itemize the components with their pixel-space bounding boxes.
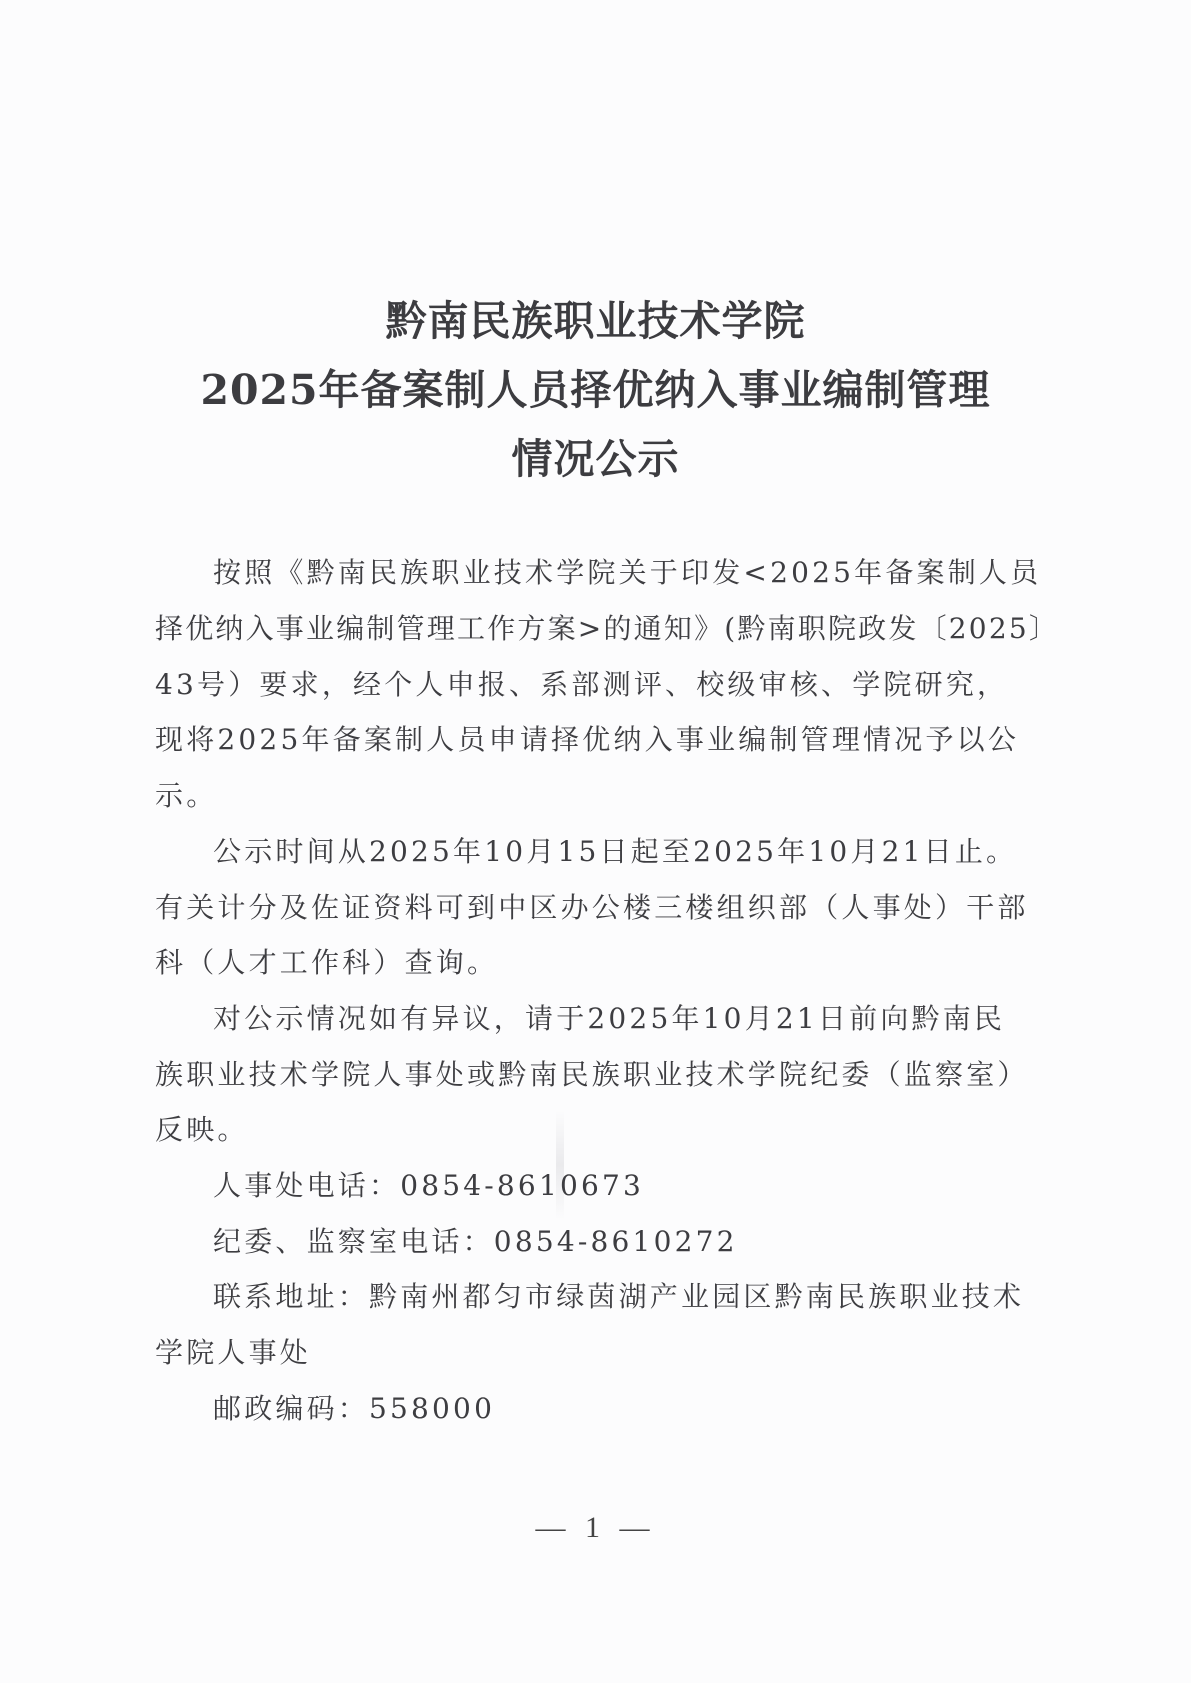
- body-line: 反映。: [155, 1110, 249, 1150]
- document-page: 黔南民族职业技术学院 2025年备案制人员择优纳入事业编制管理 情况公示 按照《…: [0, 0, 1191, 1683]
- title-line-type: 情况公示: [0, 433, 1191, 485]
- body-line: 43号）要求，经个人申报、系部测评、校级审核、学院研究，: [155, 665, 1008, 705]
- body-line: 示。: [155, 776, 217, 816]
- title-line-institution: 黔南民族职业技术学院: [0, 295, 1191, 347]
- title-line-subject: 2025年备案制人员择优纳入事业编制管理: [0, 364, 1191, 416]
- discipline-phone-line: 纪委、监察室电话：0854-8610272: [213, 1222, 738, 1262]
- body-line: 择优纳入事业编制管理工作方案>的通知》(黔南职院政发〔2025〕: [155, 609, 1059, 649]
- address-line: 联系地址：黔南州都匀市绿茵湖产业园区黔南民族职业技术: [213, 1277, 1024, 1317]
- body-line: 现将2025年备案制人员申请择优纳入事业编制管理情况予以公: [155, 720, 1019, 760]
- body-line: 按照《黔南民族职业技术学院关于印发<2025年备案制人员: [213, 553, 1041, 593]
- body-line: 科（人才工作科）查询。: [155, 943, 498, 983]
- page-number: — 1 —: [0, 1508, 1191, 1548]
- body-line: 有关计分及佐证资料可到中区办公楼三楼组织部（人事处）干部: [155, 888, 1029, 928]
- publicity-period-line: 公示时间从2025年10月15日起至2025年10月21日止。: [213, 832, 1017, 872]
- objection-line: 对公示情况如有异议，请于2025年10月21日前向黔南民: [213, 999, 1005, 1039]
- hr-phone-line: 人事处电话：0854-8610673: [213, 1166, 644, 1206]
- body-line: 族职业技术学院人事处或黔南民族职业技术学院纪委（监察室）: [155, 1055, 1029, 1095]
- postcode-line: 邮政编码：558000: [213, 1389, 495, 1429]
- address-line-continued: 学院人事处: [155, 1333, 311, 1373]
